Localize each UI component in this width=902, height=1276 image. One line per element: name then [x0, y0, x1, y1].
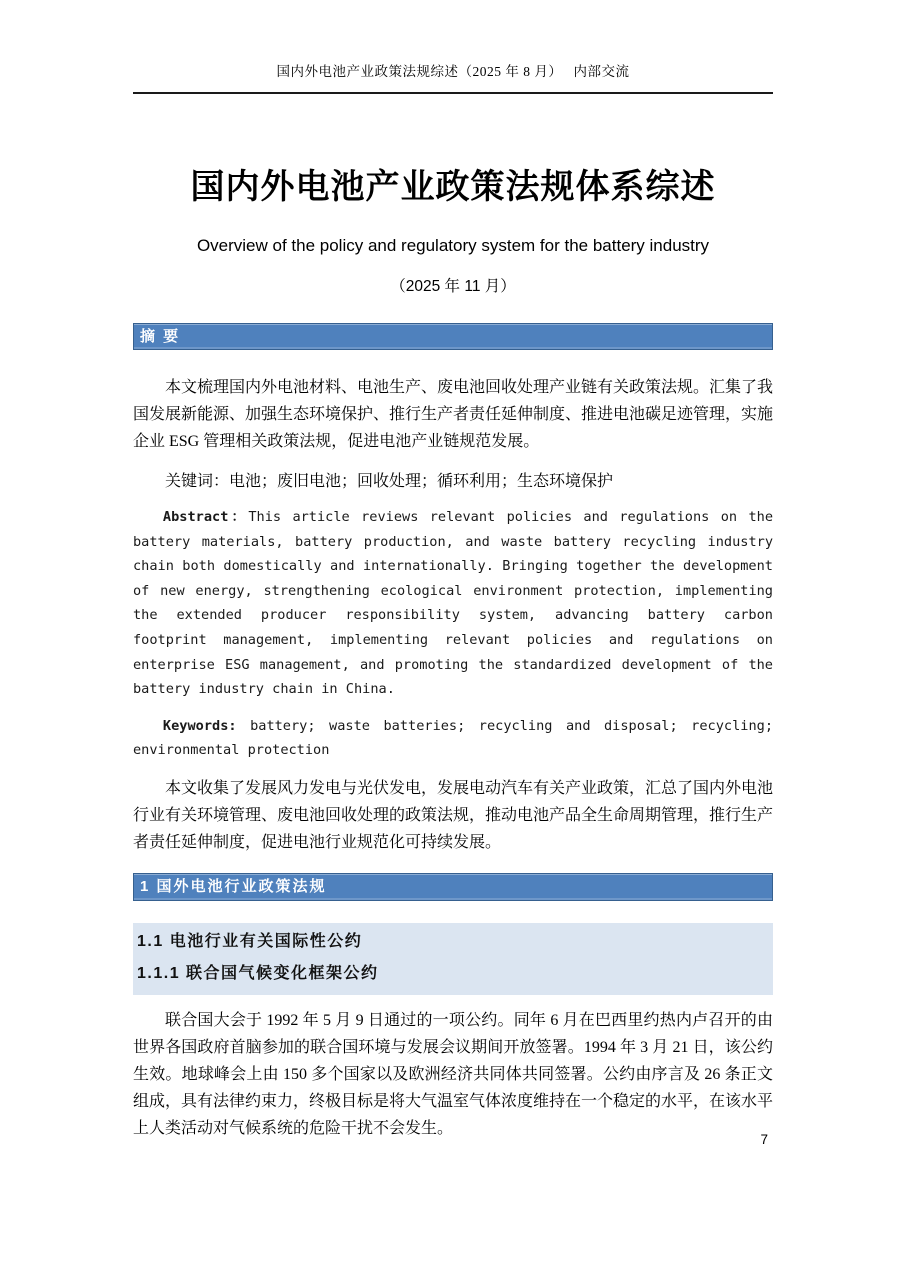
abstract-text-en: This article reviews relevant policies a… [133, 509, 773, 697]
section-1-heading-bar: 1 国外电池行业政策法规 [133, 873, 773, 901]
keywords-en: Keywords: battery; waste batteries; recy… [133, 714, 773, 763]
abstract-paragraph-cn: 本文梳理国内外电池材料、电池生产、废电池回收处理产业链有关政策法规。汇集了我国发… [133, 374, 773, 455]
page-content: 国内外电池产业政策法规综述（2025 年 8 月） 内部交流 国内外电池产业政策… [133, 0, 773, 1142]
running-header-text: 国内外电池产业政策法规综述（2025 年 8 月） 内部交流 [277, 64, 630, 79]
keywords-cn: 关键词：电池；废旧电池；回收处理；循环利用；生态环境保护 [133, 468, 773, 495]
subsection-1-1-heading: 1.1 电池行业有关国际性公约 [137, 926, 767, 958]
scope-paragraph: 本文收集了发展风力发电与光伏发电，发展电动汽车有关产业政策，汇总了国内外电池行业… [133, 775, 773, 856]
section-1-1-1-body-paragraph: 联合国大会于 1992 年 5 月 9 日通过的一项公约。同年 6 月在巴西里约… [133, 1007, 773, 1142]
document-page: 国内外电池产业政策法规综述（2025 年 8 月） 内部交流 国内外电池产业政策… [0, 0, 902, 1276]
abstract-label-en: Abstract： [163, 509, 248, 525]
document-title: 国内外电池产业政策法规体系综述 [133, 164, 773, 212]
document-date: （2025 年 11 月） [133, 278, 773, 296]
abstract-section-bar: 摘 要 [133, 323, 773, 350]
subsection-1-1-1-heading: 1.1.1 联合国气候变化框架公约 [137, 958, 767, 990]
document-subtitle-en: Overview of the policy and regulatory sy… [133, 236, 773, 256]
abstract-section-label: 摘 要 [140, 328, 180, 345]
running-header: 国内外电池产业政策法规综述（2025 年 8 月） 内部交流 [133, 62, 773, 94]
keywords-label-en: Keywords: [163, 718, 237, 734]
subsection-heading-block: 1.1 电池行业有关国际性公约 1.1.1 联合国气候变化框架公约 [133, 923, 773, 995]
abstract-paragraph-en: Abstract：This article reviews relevant p… [133, 505, 773, 702]
section-1-heading-label: 1 国外电池行业政策法规 [140, 878, 327, 895]
page-number: 7 [760, 1132, 768, 1147]
